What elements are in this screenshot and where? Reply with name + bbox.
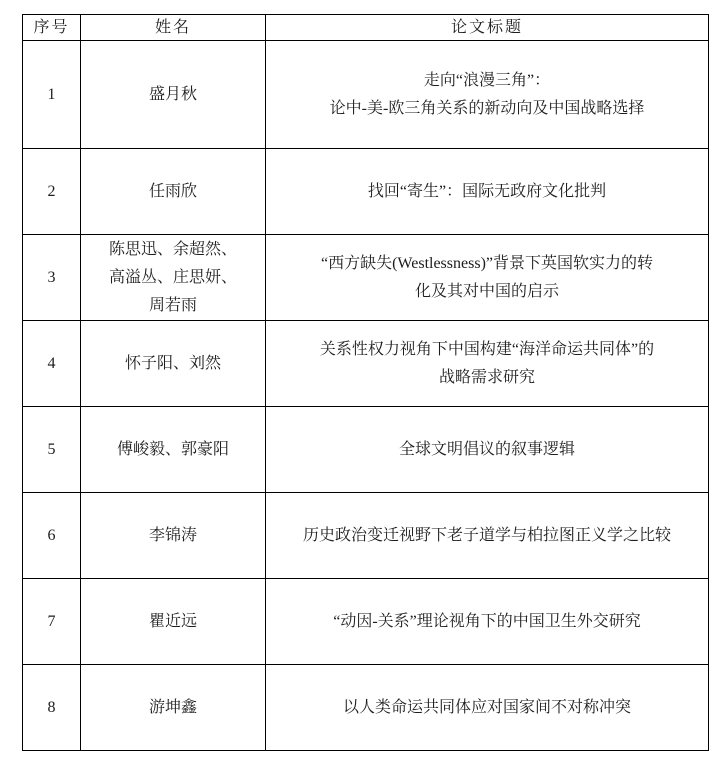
cell-title: 关系性权力视角下中国构建“海洋命运共同体”的 战略需求研究 xyxy=(266,321,709,407)
cell-title: 全球文明倡议的叙事逻辑 xyxy=(266,407,709,493)
cell-no: 7 xyxy=(23,579,81,665)
cell-no: 1 xyxy=(23,41,81,149)
cell-no: 8 xyxy=(23,665,81,751)
cell-title: “动因-关系”理论视角下的中国卫生外交研究 xyxy=(266,579,709,665)
cell-name: 陈思迅、余超然、 高溢丛、庄思妍、 周若雨 xyxy=(81,235,266,321)
cell-title: “西方缺失(Westlessness)”背景下英国软实力的转 化及其对中国的启示 xyxy=(266,235,709,321)
cell-no: 2 xyxy=(23,149,81,235)
cell-name: 傅峻毅、郭豪阳 xyxy=(81,407,266,493)
cell-name: 李锦涛 xyxy=(81,493,266,579)
table-row: 3 陈思迅、余超然、 高溢丛、庄思妍、 周若雨 “西方缺失(Westlessne… xyxy=(23,235,709,321)
cell-title: 以人类命运共同体应对国家间不对称冲突 xyxy=(266,665,709,751)
cell-name: 瞿近远 xyxy=(81,579,266,665)
cell-title: 找回“寄生”：国际无政府文化批判 xyxy=(266,149,709,235)
cell-name: 怀子阳、刘然 xyxy=(81,321,266,407)
cell-title: 走向“浪漫三角”： 论中-美-欧三角关系的新动向及中国战略选择 xyxy=(266,41,709,149)
cell-no: 3 xyxy=(23,235,81,321)
header-cell-title: 论文标题 xyxy=(266,15,709,41)
cell-name: 任雨欣 xyxy=(81,149,266,235)
table-header-row: 序号 姓名 论文标题 xyxy=(23,15,709,41)
table-row: 7 瞿近远 “动因-关系”理论视角下的中国卫生外交研究 xyxy=(23,579,709,665)
table-row: 2 任雨欣 找回“寄生”：国际无政府文化批判 xyxy=(23,149,709,235)
table-row: 6 李锦涛 历史政治变迁视野下老子道学与柏拉图正义学之比较 xyxy=(23,493,709,579)
cell-no: 5 xyxy=(23,407,81,493)
cell-name: 游坤鑫 xyxy=(81,665,266,751)
table-row: 1 盛月秋 走向“浪漫三角”： 论中-美-欧三角关系的新动向及中国战略选择 xyxy=(23,41,709,149)
cell-no: 6 xyxy=(23,493,81,579)
header-cell-no: 序号 xyxy=(23,15,81,41)
table-row: 5 傅峻毅、郭豪阳 全球文明倡议的叙事逻辑 xyxy=(23,407,709,493)
papers-table: 序号 姓名 论文标题 1 盛月秋 走向“浪漫三角”： 论中-美-欧三角关系的新动… xyxy=(22,14,709,751)
cell-title: 历史政治变迁视野下老子道学与柏拉图正义学之比较 xyxy=(266,493,709,579)
table-row: 8 游坤鑫 以人类命运共同体应对国家间不对称冲突 xyxy=(23,665,709,751)
table-row: 4 怀子阳、刘然 关系性权力视角下中国构建“海洋命运共同体”的 战略需求研究 xyxy=(23,321,709,407)
header-cell-name: 姓名 xyxy=(81,15,266,41)
cell-name: 盛月秋 xyxy=(81,41,266,149)
cell-no: 4 xyxy=(23,321,81,407)
